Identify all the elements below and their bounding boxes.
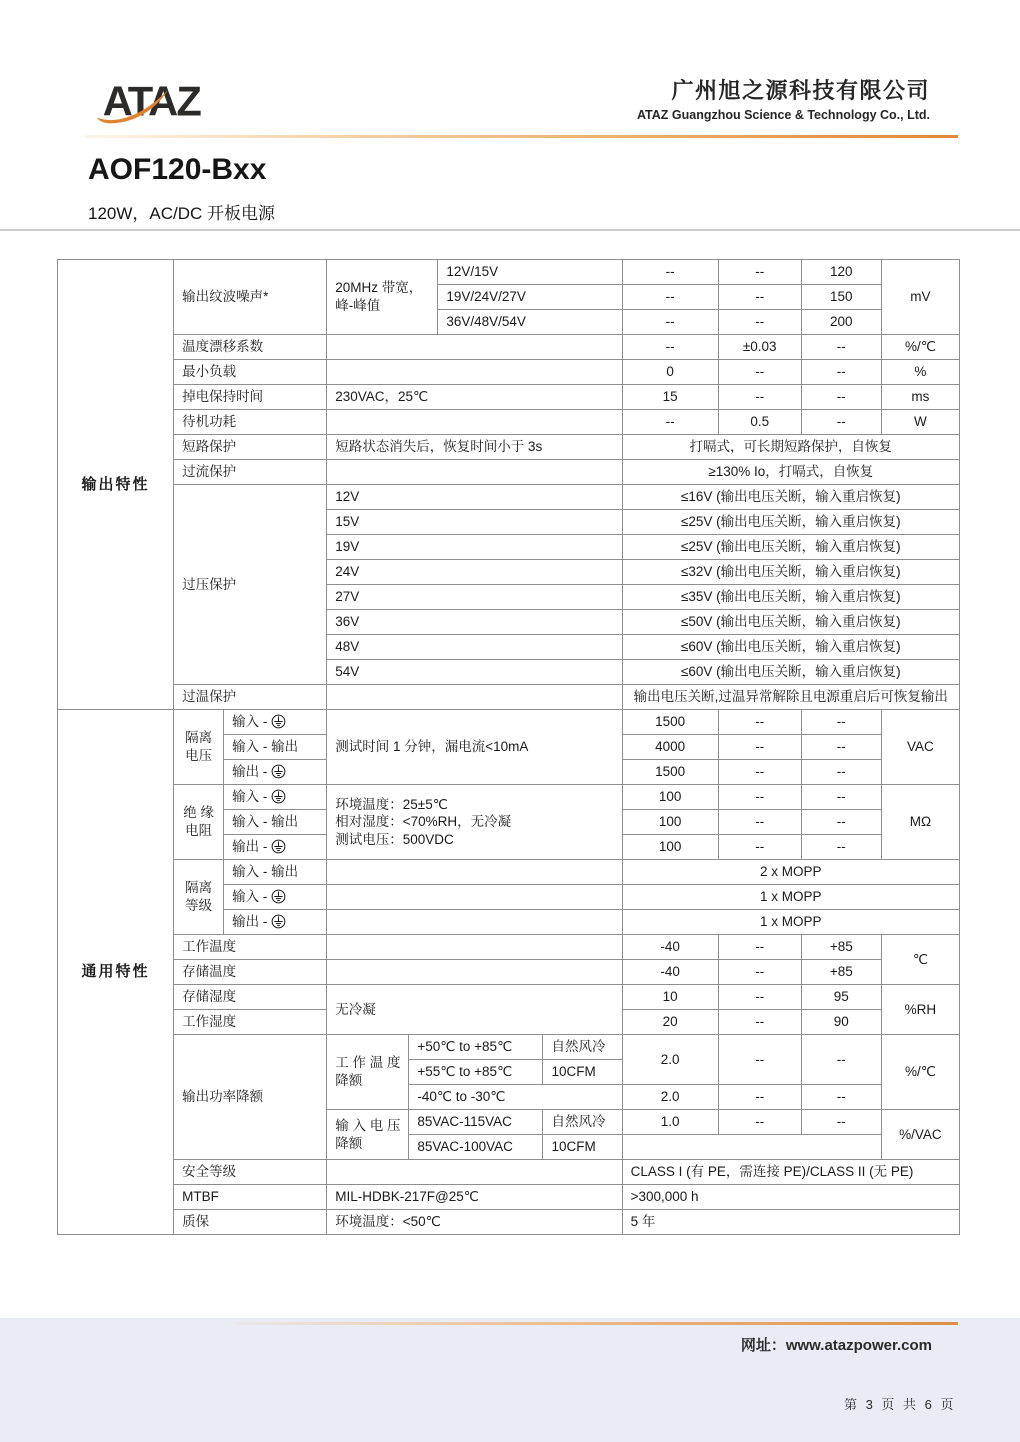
table-row: 绝 缘电阻输入 - 环境温度：25±5℃相对湿度：<70%RH，无冷凝测试电压：… <box>58 785 960 810</box>
table-cell: -- <box>622 310 718 335</box>
table-cell: -- <box>718 710 801 735</box>
table-cell: 12V/15V <box>438 260 622 285</box>
table-cell: 自然风冷 <box>543 1035 622 1060</box>
table-cell: 打嗝式，可长期短路保护，自恢复 <box>622 435 959 460</box>
table-cell: -- <box>718 1110 801 1135</box>
table-cell: 20MHz 带宽，峰-峰值 <box>327 260 438 335</box>
table-cell: -- <box>622 285 718 310</box>
footer-accent-line <box>235 1322 958 1325</box>
page-subtitle: 120W，AC/DC 开板电源 <box>88 199 275 224</box>
page-number: 第 3 页 共 6 页 <box>844 1394 956 1413</box>
table-cell: 2.0 <box>622 1035 718 1085</box>
table-cell: 19V/24V/27V <box>438 285 622 310</box>
protective-earth-icon <box>271 889 286 904</box>
table-cell: 1500 <box>622 710 718 735</box>
table-cell <box>327 935 622 960</box>
table-cell <box>327 460 622 485</box>
table-cell: 无冷凝 <box>327 985 622 1035</box>
table-cell: -- <box>718 785 801 810</box>
table-row: 最小负载0----% <box>58 360 960 385</box>
table-cell: %RH <box>881 985 959 1035</box>
table-cell: 2 x MOPP <box>622 860 959 885</box>
table-cell: 输出纹波噪声* <box>174 260 327 335</box>
table-cell <box>327 410 622 435</box>
table-cell: 绝 缘电阻 <box>174 785 224 860</box>
table-cell: MTBF <box>174 1185 327 1210</box>
table-cell <box>327 910 622 935</box>
table-cell: 过流保护 <box>174 460 327 485</box>
table-cell: -- <box>622 335 718 360</box>
table-cell: 20 <box>622 1010 718 1035</box>
table-cell: -- <box>622 410 718 435</box>
table-cell: 工作温度 <box>174 935 327 960</box>
table-row: 安全等级CLASS I (有 PE，需连接 PE)/CLASS II (无 PE… <box>58 1160 960 1185</box>
table-cell: -- <box>801 785 881 810</box>
table-cell: ≤16V (输出电压关断，输入重启恢复) <box>622 485 959 510</box>
table-cell: +55℃ to +85℃ <box>409 1060 543 1085</box>
table-cell: ≤60V (输出电压关断，输入重启恢复) <box>622 635 959 660</box>
table-cell: -- <box>801 410 881 435</box>
table-row: 存储温度-40--+85 <box>58 960 960 985</box>
table-cell: MIL-HDBK-217F@25℃ <box>327 1185 622 1210</box>
table-row: MTBFMIL-HDBK-217F@25℃>300,000 h <box>58 1185 960 1210</box>
table-cell: -40℃ to -30℃ <box>409 1085 622 1110</box>
table-cell: 最小负载 <box>174 360 327 385</box>
section-output-characteristics: 输出特性 <box>58 260 174 710</box>
table-cell: -- <box>801 760 881 785</box>
table-cell: -- <box>801 710 881 735</box>
table-cell: ≥130% Io，打嗝式，自恢复 <box>622 460 959 485</box>
table-cell: -- <box>718 1085 801 1110</box>
company-block: 广州旭之源科技有限公司 ATAZ Guangzhou Science & Tec… <box>637 74 930 122</box>
table-cell: 隔离等级 <box>174 860 224 935</box>
table-cell: -- <box>718 835 801 860</box>
table-row: 隔离等级输入 - 输出2 x MOPP <box>58 860 960 885</box>
table-cell: 短路状态消失后，恢复时间小于 3s <box>327 435 622 460</box>
table-cell: -- <box>801 385 881 410</box>
table-cell: 100 <box>622 785 718 810</box>
table-row: 质保环境温度：<50℃5 年 <box>58 1210 960 1235</box>
table-cell: 输出 - <box>224 835 327 860</box>
logo-text: ATAZ <box>103 78 202 125</box>
protective-earth-icon <box>271 714 286 729</box>
table-cell: 1.0 <box>622 1110 718 1135</box>
table-row: 过压保护12V≤16V (输出电压关断，输入重启恢复) <box>58 485 960 510</box>
table-row: 短路保护短路状态消失后，恢复时间小于 3s打嗝式，可长期短路保护，自恢复 <box>58 435 960 460</box>
table-cell: MΩ <box>881 785 959 860</box>
table-cell: 4000 <box>622 735 718 760</box>
table-cell: 15 <box>622 385 718 410</box>
table-cell: 输出功率降额 <box>174 1035 327 1160</box>
table-cell: 10CFM <box>543 1135 622 1160</box>
table-row: 过流保护≥130% Io，打嗝式，自恢复 <box>58 460 960 485</box>
table-cell <box>327 885 622 910</box>
header-accent-line <box>85 135 958 138</box>
table-cell <box>327 360 622 385</box>
table-cell: -- <box>718 360 801 385</box>
table-cell: 1 x MOPP <box>622 910 959 935</box>
table-cell: ≤50V (输出电压关断，输入重启恢复) <box>622 610 959 635</box>
table-cell: -- <box>718 385 801 410</box>
table-cell: 输 入 电 压降额 <box>327 1110 409 1160</box>
table-row: 通用特性隔离电压输入 - 测试时间 1 分钟，漏电流<10mA1500----V… <box>58 710 960 735</box>
table-cell: +85 <box>801 935 881 960</box>
table-cell: 测试时间 1 分钟，漏电流<10mA <box>327 710 622 785</box>
table-cell: 过温保护 <box>174 685 327 710</box>
table-cell: 输入 - 输出 <box>224 735 327 760</box>
table-cell: 27V <box>327 585 622 610</box>
table-cell: 12V <box>327 485 622 510</box>
spec-table-body: 输出特性输出纹波噪声*20MHz 带宽，峰-峰值12V/15V----120mV… <box>58 260 960 1235</box>
protective-earth-icon <box>271 914 286 929</box>
table-cell: 100 <box>622 810 718 835</box>
table-cell: 48V <box>327 635 622 660</box>
table-cell: 36V/48V/54V <box>438 310 622 335</box>
table-cell: ±0.03 <box>718 335 801 360</box>
table-row: 过温保护输出电压关断,过温异常解除且电源重启后可恢复输出 <box>58 685 960 710</box>
table-cell: -40 <box>622 960 718 985</box>
table-cell: 19V <box>327 535 622 560</box>
table-cell: ℃ <box>881 935 959 985</box>
table-cell: 输入 - 输出 <box>224 860 327 885</box>
website-text: 网址：www.atazpower.com <box>741 1334 932 1355</box>
table-cell: -40 <box>622 935 718 960</box>
table-cell: 自然风冷 <box>543 1110 622 1135</box>
table-cell: 10 <box>622 985 718 1010</box>
table-cell: 存储湿度 <box>174 985 327 1010</box>
section-general-characteristics: 通用特性 <box>58 710 174 1235</box>
table-cell: 85VAC-115VAC <box>409 1110 543 1135</box>
table-cell: 质保 <box>174 1210 327 1235</box>
table-cell: ≤25V (输出电压关断，输入重启恢复) <box>622 535 959 560</box>
table-row: 存储湿度无冷凝10--95%RH <box>58 985 960 1010</box>
table-cell: -- <box>718 260 801 285</box>
table-cell: ≤60V (输出电压关断，输入重启恢复) <box>622 660 959 685</box>
table-cell: 36V <box>327 610 622 635</box>
table-cell: mV <box>881 260 959 335</box>
ataz-logo: ATAZ <box>94 74 220 135</box>
page-title-model: AOF120-Bxx <box>88 153 266 187</box>
table-cell: 0.5 <box>718 410 801 435</box>
table-cell <box>327 335 622 360</box>
table-cell: 掉电保持时间 <box>174 385 327 410</box>
table-cell: -- <box>801 1035 881 1085</box>
table-cell: +85 <box>801 960 881 985</box>
table-cell: -- <box>718 810 801 835</box>
table-cell: 短路保护 <box>174 435 327 460</box>
table-cell: 85VAC-100VAC <box>409 1135 543 1160</box>
table-cell: %/VAC <box>881 1110 959 1160</box>
table-cell: -- <box>718 285 801 310</box>
table-cell: 10CFM <box>543 1060 622 1085</box>
table-cell: %/℃ <box>881 335 959 360</box>
table-cell: 输出 - <box>224 910 327 935</box>
table-cell: 存储温度 <box>174 960 327 985</box>
table-cell: CLASS I (有 PE，需连接 PE)/CLASS II (无 PE) <box>622 1160 959 1185</box>
table-cell: -- <box>801 835 881 860</box>
table-cell: W <box>881 410 959 435</box>
table-cell: 120 <box>801 260 881 285</box>
table-cell: -- <box>801 1085 881 1110</box>
table-cell: 环境温度：<50℃ <box>327 1210 622 1235</box>
table-cell: 54V <box>327 660 622 685</box>
table-row: 输出特性输出纹波噪声*20MHz 带宽，峰-峰值12V/15V----120mV <box>58 260 960 285</box>
table-row: 待机功耗--0.5--W <box>58 410 960 435</box>
table-cell: -- <box>718 760 801 785</box>
table-row: 工作温度-40--+85℃ <box>58 935 960 960</box>
table-row: 温度漂移系数--±0.03--%/℃ <box>58 335 960 360</box>
table-cell: 24V <box>327 560 622 585</box>
table-cell: -- <box>718 1010 801 1035</box>
table-cell: 输入 - <box>224 785 327 810</box>
table-cell: 输入 - 输出 <box>224 810 327 835</box>
table-cell: 100 <box>622 835 718 860</box>
table-cell: ≤32V (输出电压关断，输入重启恢复) <box>622 560 959 585</box>
footer: 网址：www.atazpower.com 第 3 页 共 6 页 <box>0 1318 1020 1442</box>
table-cell: -- <box>801 810 881 835</box>
company-name-en: ATAZ Guangzhou Science & Technology Co.,… <box>637 108 930 122</box>
table-cell: -- <box>801 360 881 385</box>
table-cell: 工 作 温 度降额 <box>327 1035 409 1110</box>
table-cell: 隔离电压 <box>174 710 224 785</box>
table-cell: ≤35V (输出电压关断，输入重启恢复) <box>622 585 959 610</box>
protective-earth-icon <box>271 764 286 779</box>
table-cell: %/℃ <box>881 1035 959 1110</box>
table-cell: -- <box>622 260 718 285</box>
table-cell: -- <box>718 960 801 985</box>
section-divider <box>0 229 1020 231</box>
table-cell: 15V <box>327 510 622 535</box>
table-cell: +50℃ to +85℃ <box>409 1035 543 1060</box>
table-cell: 90 <box>801 1010 881 1035</box>
table-cell: 输出电压关断,过温异常解除且电源重启后可恢复输出 <box>622 685 959 710</box>
table-cell: 2.0 <box>622 1085 718 1110</box>
table-cell: 环境温度：25±5℃相对湿度：<70%RH，无冷凝测试电压：500VDC <box>327 785 622 860</box>
table-cell: VAC <box>881 710 959 785</box>
table-row: 掉电保持时间230VAC，25℃15----ms <box>58 385 960 410</box>
table-row: 输出功率降额工 作 温 度降额+50℃ to +85℃自然风冷2.0----%/… <box>58 1035 960 1060</box>
table-cell: 输入 - <box>224 710 327 735</box>
table-cell: 5 年 <box>622 1210 959 1235</box>
company-name-cn: 广州旭之源科技有限公司 <box>637 74 930 105</box>
table-cell: -- <box>718 935 801 960</box>
datasheet-page: { "header": { "logo_text": "ATAZ", "comp… <box>0 0 1020 1442</box>
table-cell: 0 <box>622 360 718 385</box>
table-cell: 待机功耗 <box>174 410 327 435</box>
table-cell: 安全等级 <box>174 1160 327 1185</box>
table-cell <box>327 685 622 710</box>
table-cell: -- <box>718 735 801 760</box>
table-cell: -- <box>801 1110 881 1135</box>
table-cell <box>327 860 622 885</box>
table-cell: >300,000 h <box>622 1185 959 1210</box>
table-cell: ≤25V (输出电压关断，输入重启恢复) <box>622 510 959 535</box>
table-cell: 95 <box>801 985 881 1010</box>
table-cell: 过压保护 <box>174 485 327 685</box>
table-cell: % <box>881 360 959 385</box>
table-cell: 200 <box>801 310 881 335</box>
table-cell: -- <box>718 310 801 335</box>
protective-earth-icon <box>271 789 286 804</box>
table-cell <box>327 1160 622 1185</box>
ataz-logo-graphic: ATAZ <box>94 74 220 130</box>
spec-table: 输出特性输出纹波噪声*20MHz 带宽，峰-峰值12V/15V----120mV… <box>57 259 960 1235</box>
table-cell: -- <box>718 985 801 1010</box>
protective-earth-icon <box>271 839 286 854</box>
table-cell: ms <box>881 385 959 410</box>
table-cell: 1 x MOPP <box>622 885 959 910</box>
table-cell: 1500 <box>622 760 718 785</box>
table-cell: 150 <box>801 285 881 310</box>
table-cell: -- <box>801 735 881 760</box>
table-cell: 输入 - <box>224 885 327 910</box>
table-cell: 温度漂移系数 <box>174 335 327 360</box>
table-cell: -- <box>718 1035 801 1085</box>
table-cell: 输出 - <box>224 760 327 785</box>
table-cell <box>327 960 622 985</box>
table-cell: 230VAC，25℃ <box>327 385 622 410</box>
table-cell: 工作湿度 <box>174 1010 327 1035</box>
table-cell: -- <box>801 335 881 360</box>
